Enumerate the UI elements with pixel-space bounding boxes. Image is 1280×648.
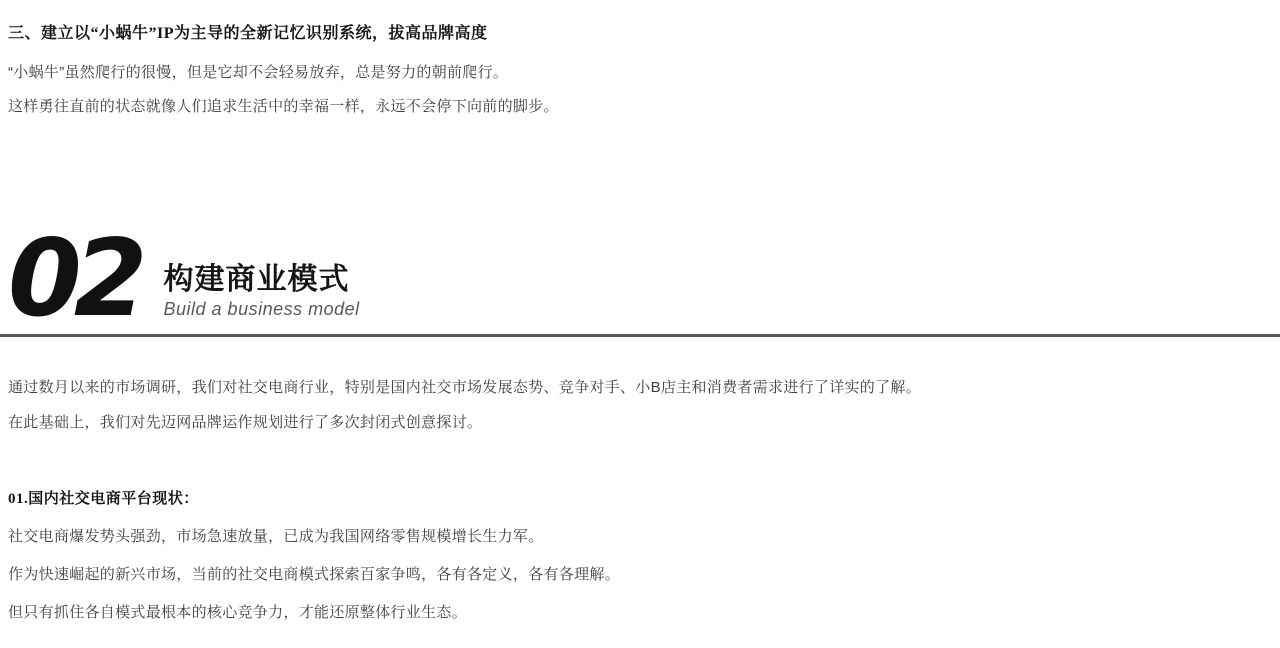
chapter-title: 构建商业模式 (164, 262, 360, 298)
section-divider (0, 334, 1280, 337)
paragraph-brand-1: “小蜗牛”虽然爬行的很慢，但是它却不会轻易放弃，总是努力的朝前爬行。 (8, 64, 1270, 82)
section-heading-brand: 三、建立以“小蜗牛”IP为主导的全新记忆识别系统，拔高品牌高度 (8, 24, 1270, 44)
paragraph-status-1: 社交电商爆发势头强劲，市场急速放量，已成为我国网络零售规模增长生力军。 (8, 528, 1270, 546)
chapter-subtitle: Build a business model (164, 298, 360, 320)
paragraph-status-3: 但只有抓住各自模式最根本的核心竞争力，才能还原整体行业生态。 (8, 604, 1270, 622)
document-page: 三、建立以“小蜗牛”IP为主导的全新记忆识别系统，拔高品牌高度 “小蜗牛”虽然爬… (0, 0, 1280, 648)
paragraph-model-2: 在此基础上，我们对先迈网品牌运作规划进行了多次封闭式创意探讨。 (8, 414, 1270, 432)
paragraph-model-1: 通过数月以来的市场调研，我们对社交电商行业，特别是国内社交市场发展态势、竞争对手… (8, 379, 1270, 397)
subsection-heading-status: 01.国内社交电商平台现状： (8, 490, 1270, 508)
chapter-number: 02 (8, 238, 148, 320)
paragraph-status-2: 作为快速崛起的新兴市场，当前的社交电商模式探索百家争鸣，各有各定义，各有各理解。 (8, 566, 1270, 584)
paragraph-brand-2: 这样勇往直前的状态就像人们追求生活中的幸福一样，永远不会停下向前的脚步。 (8, 98, 1270, 116)
chapter-header: 02 构建商业模式 Build a business model (8, 238, 1270, 320)
chapter-titles: 构建商业模式 Build a business model (164, 262, 360, 320)
